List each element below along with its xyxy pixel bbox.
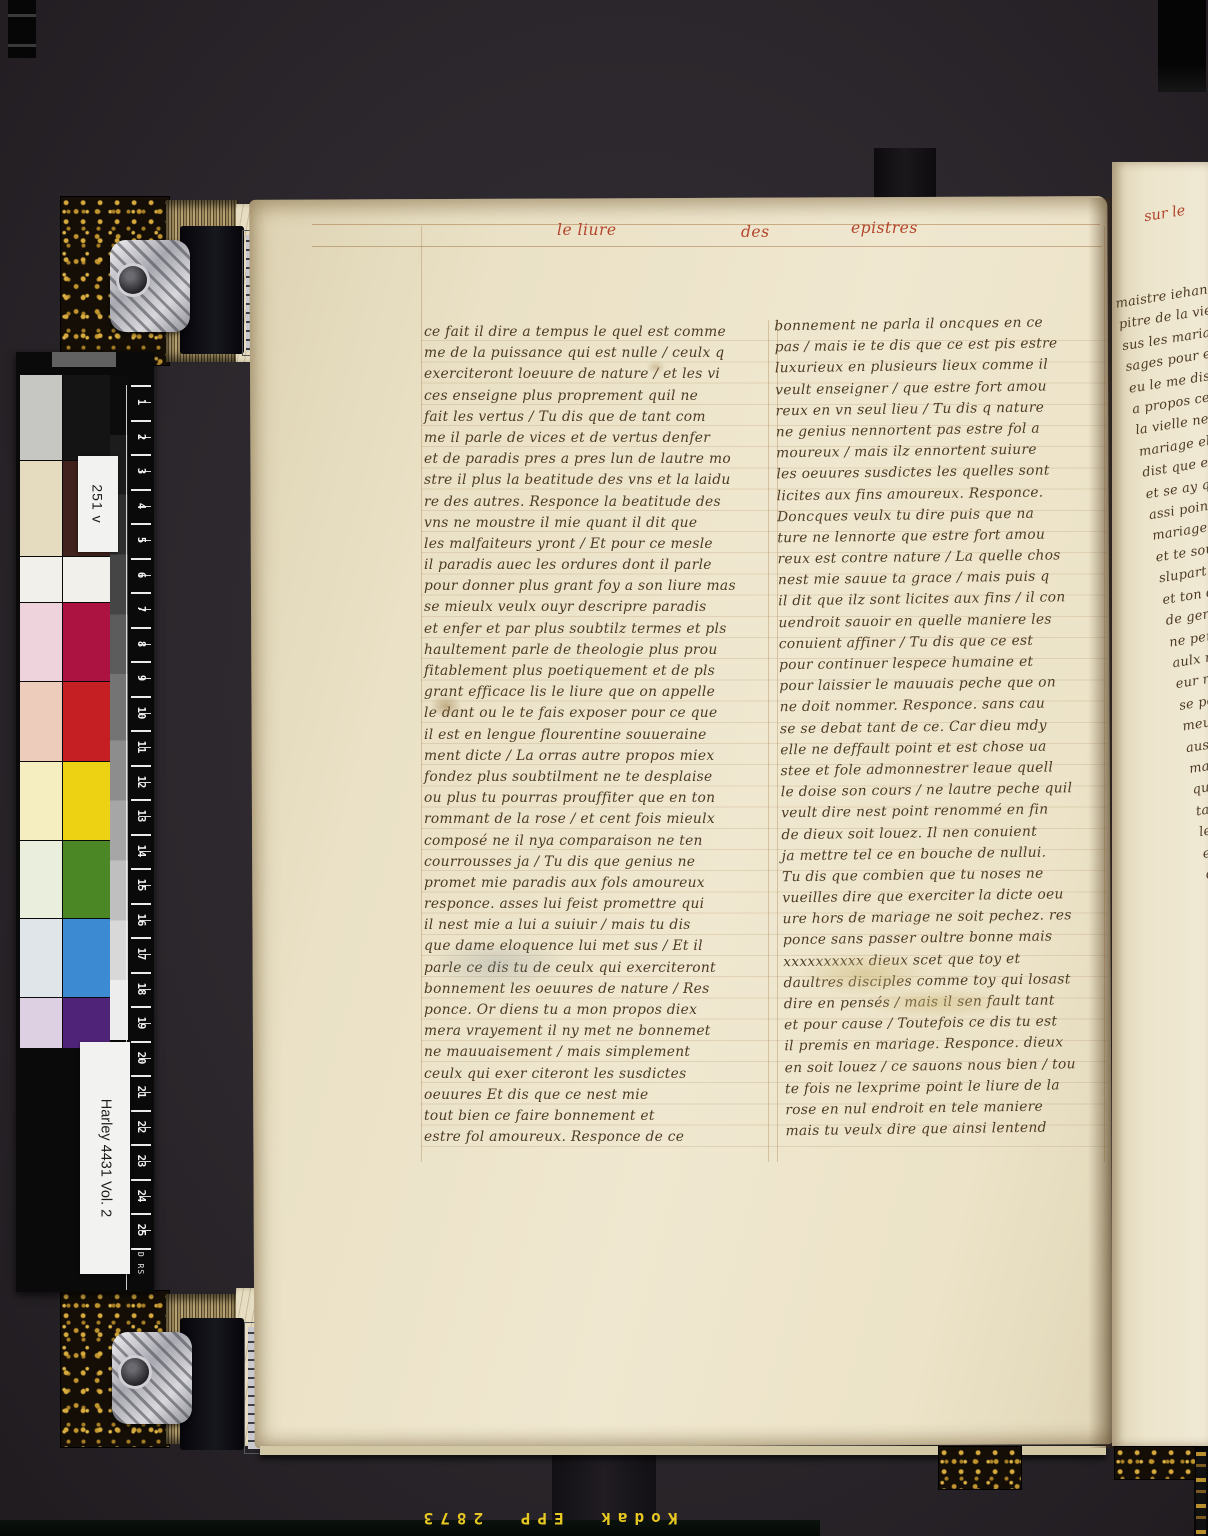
manuscript-text-line: il dit que ilz sont licites aux fins / i… xyxy=(778,587,1106,613)
gold-cover-corner xyxy=(938,1446,1022,1490)
manuscript-text-line: il nest mie a lui a suiuir / mais tu dis xyxy=(424,915,770,936)
color-patch-yellow xyxy=(63,762,110,840)
ruler-tick xyxy=(131,903,151,905)
color-patch-peach-red xyxy=(63,682,110,761)
manuscript-text-line: les malfaiteurs yront / Et pour ce mesle xyxy=(424,534,770,555)
parchment-stain xyxy=(646,360,666,374)
ruler-tick xyxy=(131,1110,151,1112)
ruler-tick xyxy=(131,1144,151,1146)
manuscript-text-line: fait les vertus / Tu dis que de tant com xyxy=(424,407,770,428)
centimeter-ruler: D RS 12345678910111213141516171819202122… xyxy=(126,385,155,1290)
color-patch-tint-white xyxy=(20,557,63,602)
ruler-tick xyxy=(131,937,151,939)
manuscript-text-line: se mieulx veulx ouyr descripre paradis xyxy=(424,597,770,618)
ruler-tick xyxy=(131,1179,151,1181)
color-patch-row-gray-black xyxy=(20,375,110,461)
ruler-tick xyxy=(131,1006,151,1008)
manuscript-text-line: re des autres. Responce la beatitude des xyxy=(424,492,770,513)
manuscript-text-line: ou plus tu pourras prouffiter que en ton xyxy=(424,788,770,809)
manuscript-text-line: grant efficace lis le liure que on appel… xyxy=(424,682,770,703)
folio-number-label: 251 v xyxy=(78,456,118,552)
manuscript-text-line: responce. asses lui feist promettre qui xyxy=(424,894,770,915)
manuscript-text-line: ne mauuaisement / mais simplement xyxy=(424,1042,770,1063)
ruler-tick xyxy=(131,1075,151,1077)
ruler-tick xyxy=(131,420,151,422)
color-patch-tint-mint-green xyxy=(20,841,63,918)
facing-page-recto: sur le maistre iehan de meun epitre de l… xyxy=(1112,162,1208,1446)
running-title-right: epistres xyxy=(851,219,918,237)
ruler-number: 18 xyxy=(133,980,149,998)
manuscript-text-line: et de paradis pres a pres lun de lautre … xyxy=(424,449,770,470)
ruler-tick xyxy=(131,730,151,732)
ruler-tick xyxy=(131,1213,151,1215)
ruler-tick xyxy=(131,1248,151,1250)
ruler-number: 20 xyxy=(133,1049,149,1067)
color-patch-row-peach-red xyxy=(20,682,110,762)
ruler-number: 2 xyxy=(133,428,149,446)
ruler-number: 13 xyxy=(133,807,149,825)
gold-cover-corner xyxy=(1114,1446,1196,1480)
text-column-right: bonnement ne parla il oncques en cepas /… xyxy=(774,312,1114,1148)
ruler-number: 1 xyxy=(133,393,149,411)
ruler-tick xyxy=(131,558,151,560)
manuscript-text-line: et enfer et par plus soubtilz termes et … xyxy=(424,619,770,640)
ruler-number: 4 xyxy=(133,497,149,515)
column-ruling-line xyxy=(421,226,422,1162)
ruler-number: 6 xyxy=(133,566,149,584)
ruler-tick xyxy=(131,385,151,387)
color-patch-tint-lavender-purple xyxy=(20,998,63,1048)
manuscript-text-line: il paradis auec les ordures dont il parl… xyxy=(424,555,770,576)
metal-clip-top xyxy=(110,240,190,332)
manuscript-text-line: ces enseigne plus proprement quil ne xyxy=(424,386,770,407)
ruler-tick xyxy=(131,489,151,491)
ruler-tick xyxy=(131,868,151,870)
folio-number-text: 251 v xyxy=(90,484,106,523)
ruler-number: 12 xyxy=(133,773,149,791)
manuscript-text-line: mera vrayement il ny met ne bonnemet xyxy=(424,1021,770,1042)
color-patch-gray-black xyxy=(63,375,110,460)
manuscript-text-line: tout bien ce faire bonnement et xyxy=(424,1106,770,1127)
color-patch-row-pink-crimson xyxy=(20,603,110,682)
ruler-number: 5 xyxy=(133,531,149,549)
manuscript-text-line: pour donner plus grant foy a son liure m… xyxy=(424,576,770,597)
ruler-number: 9 xyxy=(133,669,149,687)
color-calibration-card: D RS 12345678910111213141516171819202122… xyxy=(16,352,154,1292)
ruler-number: 3 xyxy=(133,462,149,480)
ruler-number: 21 xyxy=(133,1083,149,1101)
ruler-number: 11 xyxy=(133,738,149,756)
shelfmark-label: Harley 4431 Vol. 2 xyxy=(80,1042,130,1274)
manuscript-text-line: exerciteront loeuure de nature / et les … xyxy=(424,364,770,385)
manuscript-text-line: mais tu veulx dire que ainsi lentend xyxy=(785,1117,1113,1143)
ruler-number: 22 xyxy=(133,1118,149,1136)
ruler-number: 8 xyxy=(133,635,149,653)
ruler-number: 16 xyxy=(133,911,149,929)
manuscript-text-line: haultement parle de theologie plus prou xyxy=(424,640,770,661)
manuscript-text-line: promet mie paradis aux fols amoureux xyxy=(424,873,770,894)
ruler-number: 19 xyxy=(133,1014,149,1032)
film-edge-mark xyxy=(1158,0,1206,92)
ruler-tick xyxy=(131,972,151,974)
ruler-number: 25 xyxy=(133,1221,149,1239)
ruler-tick xyxy=(131,627,151,629)
color-patch-row-yellow xyxy=(20,762,110,841)
color-patch-tint-pink-crimson xyxy=(20,603,63,681)
manuscript-text-line: vns ne moustre il mie quant il dit que xyxy=(424,513,770,534)
color-patch-lavender-purple xyxy=(63,998,110,1048)
ruler-number: 7 xyxy=(133,600,149,618)
running-title-left: le liure xyxy=(557,221,617,239)
color-patch-tint-pale-blue xyxy=(20,919,63,997)
ruler-tick xyxy=(131,799,151,801)
metal-clip-bottom xyxy=(112,1332,192,1424)
running-title-center: des xyxy=(741,223,770,241)
film-edge-mark xyxy=(8,0,36,58)
manuscript-text-line: stre il plus la beatitude des vns et la … xyxy=(424,470,770,491)
facing-text-column: maistre iehan de meun epitre de la viell… xyxy=(1114,253,1208,1013)
ruler-tick xyxy=(131,1041,151,1043)
manuscript-text-line: rommant de la rose / et cent fois mieulx xyxy=(424,809,770,830)
parchment-stain xyxy=(430,694,462,718)
ruler-number: 14 xyxy=(133,842,149,860)
color-patch-tint-beige-maroon xyxy=(20,461,63,556)
manuscript-text-line: ment dicte / La orras autre propos miex xyxy=(424,746,770,767)
header-ruling-line xyxy=(312,246,1102,247)
erased-text-patch xyxy=(862,988,1012,1018)
manuscript-text-line: ce fait il dire a tempus le quel est com… xyxy=(424,322,770,343)
film-edge-specks xyxy=(1196,1452,1206,1536)
ruler-tick xyxy=(131,834,151,836)
color-patch-pink-crimson xyxy=(63,603,110,681)
film-stock-label: Kodak EPP 2873 xyxy=(330,1502,764,1534)
ruler-number: 15 xyxy=(133,876,149,894)
ruler-number: 17 xyxy=(133,945,149,963)
color-patch-row-pale-blue xyxy=(20,919,110,998)
tape-piece xyxy=(52,352,116,367)
ruler-tick xyxy=(131,765,151,767)
facing-running-title: sur le xyxy=(1143,203,1187,225)
ruler-tick xyxy=(131,592,151,594)
shelfmark-text: Harley 4431 Vol. 2 xyxy=(97,1099,113,1218)
manuscript-text-line: estre fol amoureux. Responce de ce xyxy=(424,1127,770,1148)
color-patch-pale-blue xyxy=(63,919,110,997)
color-patch-row-mint-green xyxy=(20,841,110,919)
ink-smudge xyxy=(428,938,568,990)
color-patch-tint-yellow xyxy=(20,762,63,840)
ruler-tick xyxy=(131,523,151,525)
ruler-tick xyxy=(131,696,151,698)
ruler-end-label: D RS xyxy=(136,1252,145,1275)
manuscript-text-line: oeuures Et dis que ce nest mie xyxy=(424,1085,770,1106)
manuscript-text-line: composé ne il nya comparaison ne ten xyxy=(424,831,770,852)
color-patch-tint-peach-red xyxy=(20,682,63,761)
ruler-number: 24 xyxy=(133,1187,149,1205)
manuscript-text-line: ponce. Or diens tu a mon propos diex xyxy=(424,1000,770,1021)
manuscript-text-line: ceulx qui exer citeront les susdictes xyxy=(424,1064,770,1085)
manuscript-text-line: me de la puissance qui est nulle / ceulx… xyxy=(424,343,770,364)
color-patch-white xyxy=(63,557,110,602)
ruler-number: 23 xyxy=(133,1152,149,1170)
text-column-left: ce fait il dire a tempus le quel est com… xyxy=(424,322,770,1152)
ruler-number: 10 xyxy=(133,704,149,722)
ruler-tick xyxy=(131,454,151,456)
manuscript-text-line: courrousses ja / Tu dis que genius ne xyxy=(424,852,770,873)
color-patch-mint-green xyxy=(63,841,110,918)
manuscript-text-line: me il parle de vices et de vertus denfer xyxy=(424,428,770,449)
color-patch-row-white xyxy=(20,557,110,603)
header-ruling-line xyxy=(312,224,1100,225)
color-patch-tint-gray-black xyxy=(20,375,63,460)
manuscript-text-line: fitablement plus poetiquement et de pls xyxy=(424,661,770,682)
manuscript-text-line: il est en lengue flourentine souueraine xyxy=(424,725,770,746)
manuscript-photograph: le liure des epistres ce fait il dire a … xyxy=(0,0,1208,1536)
manuscript-text-line: le dant ou le te fais exposer pour ce qu… xyxy=(424,703,770,724)
ruler-tick xyxy=(131,661,151,663)
manuscript-text-line: fondez plus soubtilment ne te desplaise xyxy=(424,767,770,788)
